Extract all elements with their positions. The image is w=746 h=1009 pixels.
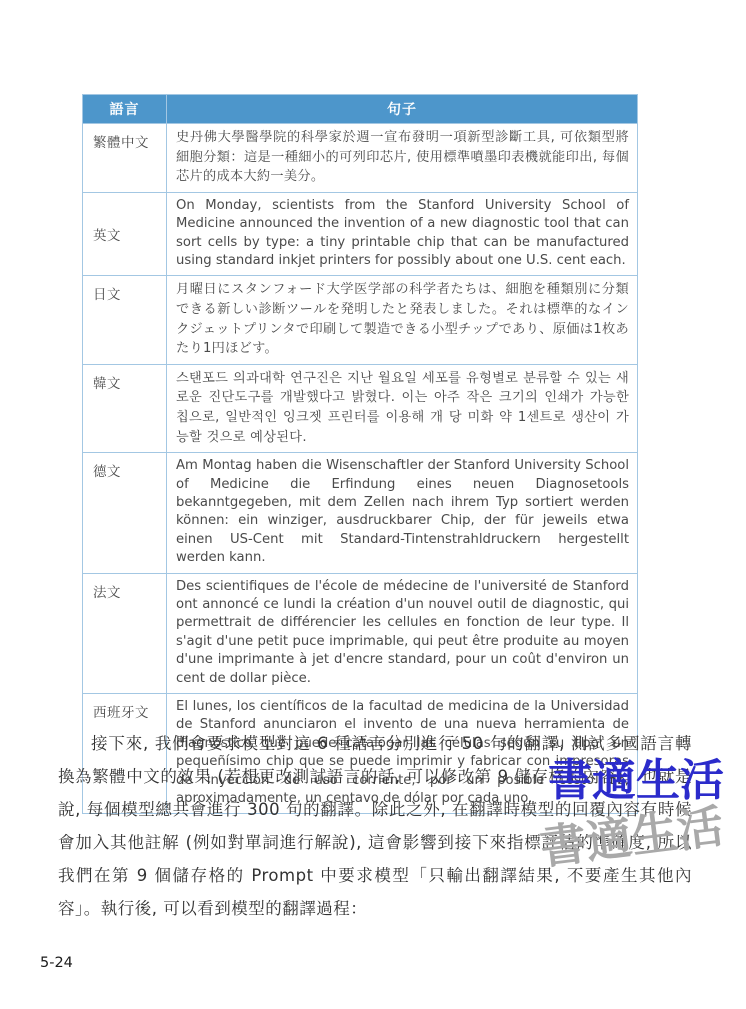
table-row: 日文 月曜日にスタンフォード大学医学部の科学者たちは、細胞を種類別に分類できる新… bbox=[83, 276, 638, 364]
sentence-cell: On Monday, scientists from the Stanford … bbox=[167, 192, 638, 276]
table-row: 德文 Am Montag haben die Wisenschaftler de… bbox=[83, 453, 638, 573]
body-paragraph: 接下來, 我們會要求模型對這 6 種語言分別進行 50 句的翻譯, 測試多國語言… bbox=[58, 727, 692, 925]
sentence-cell: 史丹佛大學醫學院的科學家於週一宣布發明一項新型診斷工具, 可依類型將細胞分類：這… bbox=[167, 124, 638, 193]
language-cell: 日文 bbox=[83, 276, 167, 364]
language-cell: 英文 bbox=[83, 192, 167, 276]
sentence-cell: 月曜日にスタンフォード大学医学部の科学者たちは、細胞を種類別に分類できる新しい診… bbox=[167, 276, 638, 364]
language-cell: 繁體中文 bbox=[83, 124, 167, 193]
table-row: 繁體中文 史丹佛大學醫學院的科學家於週一宣布發明一項新型診斷工具, 可依類型將細… bbox=[83, 124, 638, 193]
translation-table: 語言 句子 繁體中文 史丹佛大學醫學院的科學家於週一宣布發明一項新型診斷工具, … bbox=[82, 94, 638, 814]
page-number: 5-24 bbox=[40, 955, 73, 971]
language-cell: 韓文 bbox=[83, 364, 167, 452]
sentence-cell: Des scientifiques de l'école de médecine… bbox=[167, 573, 638, 693]
table-header-language: 語言 bbox=[83, 95, 167, 124]
sentence-cell: Am Montag haben die Wisenschaftler der S… bbox=[167, 453, 638, 573]
table-header-row: 語言 句子 bbox=[83, 95, 638, 124]
language-cell: 法文 bbox=[83, 573, 167, 693]
table-row: 法文 Des scientifiques de l'école de médec… bbox=[83, 573, 638, 693]
table-row: 英文 On Monday, scientists from the Stanfo… bbox=[83, 192, 638, 276]
language-cell: 德文 bbox=[83, 453, 167, 573]
document-page: 語言 句子 繁體中文 史丹佛大學醫學院的科學家於週一宣布發明一項新型診斷工具, … bbox=[0, 0, 746, 1009]
sentence-cell: 스탠포드 의과대학 연구진은 지난 월요일 세포를 유형별로 분류할 수 있는 … bbox=[167, 364, 638, 452]
table-header-sentence: 句子 bbox=[167, 95, 638, 124]
table-row: 韓文 스탠포드 의과대학 연구진은 지난 월요일 세포를 유형별로 분류할 수 … bbox=[83, 364, 638, 452]
translation-table-wrap: 語言 句子 繁體中文 史丹佛大學醫學院的科學家於週一宣布發明一項新型診斷工具, … bbox=[82, 94, 638, 814]
